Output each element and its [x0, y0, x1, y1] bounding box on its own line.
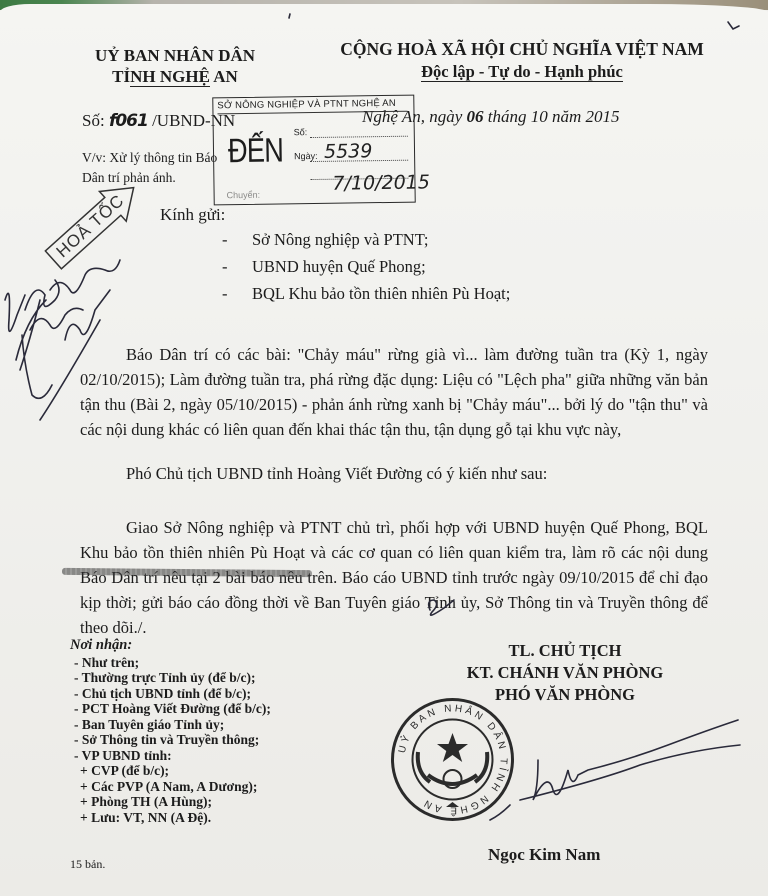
stamp-date: 7/10/2015: [332, 171, 430, 194]
number-handwritten: f061: [109, 111, 148, 131]
recipient-item: - Thường trực Tỉnh ủy (để b/c);: [70, 670, 271, 686]
national-header: CỘNG HOÀ XÃ HỘI CHỦ NGHĨA VIỆT NAM Độc l…: [312, 38, 732, 83]
received-stamp: SỞ NÔNG NGHIỆP VÀ PTNT NGHỆ AN ĐẾN Số: N…: [212, 95, 415, 206]
place-date-suffix: tháng 10 năm 2015: [484, 107, 620, 126]
recipients-label: Nơi nhận:: [70, 638, 271, 654]
addressee-text: BQL Khu bảo tồn thiên nhiên Pù Hoạt;: [252, 284, 510, 303]
body-paragraph-1: Báo Dân trí có các bài: "Chảy máu" rừng …: [80, 342, 708, 442]
recipient-item: + Phòng TH (A Hùng);: [70, 794, 271, 810]
recipient-item: + Các PVP (A Nam, A Dương);: [70, 779, 271, 795]
addressee-text: UBND huyện Quế Phong;: [252, 257, 426, 276]
recipients-list: Nơi nhận: - Như trên;- Thường trực Tỉnh …: [70, 638, 271, 825]
stamp-org: SỞ NÔNG NGHIỆP VÀ PTNT NGHỆ AN: [217, 98, 407, 115]
addressee-item: -UBND huyện Quế Phong;: [222, 257, 426, 277]
recipient-item: - Chủ tịch UBND tỉnh (để b/c);: [70, 686, 271, 702]
body-paragraph-3: Giao Sở Nông nghiệp và PTNT chủ trì, phố…: [80, 515, 708, 640]
issuer-line2: TỈNH NGHỆ AN: [80, 66, 270, 87]
date-day: 06: [467, 107, 484, 126]
issuer-line2-underlined: NH NGHỆ: [130, 67, 210, 87]
issuer-line2-post: AN: [210, 67, 238, 86]
recipient-item: - PCT Hoàng Viết Đường (để b/c);: [70, 701, 271, 717]
stamp-so-line: [310, 136, 408, 138]
addressees-label: Kính gửi:: [160, 205, 225, 225]
signature-line2: KT. CHÁNH VĂN PHÒNG: [415, 662, 715, 684]
body-paragraph-2: Phó Chủ tịch UBND tỉnh Hoàng Viết Đường …: [126, 464, 547, 484]
stamp-number: 5539: [324, 140, 373, 163]
addressee-text: Sở Nông nghiệp và PTNT;: [252, 230, 428, 249]
issuer-header: UỶ BAN NHÂN DÂN TỈNH NGHỆ AN: [80, 45, 270, 87]
subject: V/v: Xử lý thông tin Báo Dân trí phản án…: [82, 148, 227, 188]
recipient-item: - Như trên;: [70, 655, 271, 671]
country-name: CỘNG HOÀ XÃ HỘI CHỦ NGHĨA VIỆT NAM: [312, 38, 732, 60]
recipient-item: + CVP (để b/c);: [70, 763, 271, 779]
addressee-item: -Sở Nông nghiệp và PTNT;: [222, 230, 428, 250]
stamp-so-label: Số:: [294, 127, 308, 137]
recipient-item: - VP UBND tỉnh:: [70, 748, 271, 764]
recipient-item: - Sở Thông tin và Truyền thông;: [70, 732, 271, 748]
copies-count: 15 bản.: [70, 857, 105, 872]
official-seal: UỶ BAN NHÂN DÂN TỈNH NGHỆ AN: [390, 697, 515, 822]
issuer-line2-pre: TỈ: [112, 67, 130, 86]
stamp-ngay-label: Ngày:: [294, 151, 318, 161]
addressee-item: -BQL Khu bảo tồn thiên nhiên Pù Hoạt;: [222, 284, 510, 304]
number-label: Số:: [82, 111, 105, 130]
national-motto: Độc lập - Tự do - Hạnh phúc: [421, 62, 623, 82]
recipient-item: + Lưu: VT, NN (A Đệ).: [70, 810, 271, 826]
recipient-item: - Ban Tuyên giáo Tỉnh ủy;: [70, 717, 271, 733]
issuer-line1: UỶ BAN NHÂN DÂN: [80, 45, 270, 66]
subject-line1: V/v: Xử lý thông tin Báo: [82, 148, 227, 168]
signer-name: Ngọc Kim Nam: [488, 845, 600, 865]
subject-line2: Dân trí phản ánh.: [82, 168, 227, 188]
stamp-den: ĐẾN: [228, 131, 284, 171]
seal-emblem-icon: UỶ BAN NHÂN DÂN TỈNH NGHỆ AN: [390, 697, 515, 822]
stamp-chuyen-label: Chuyển:: [227, 190, 261, 200]
signature-line1: TL. CHỦ TỊCH: [415, 640, 715, 662]
